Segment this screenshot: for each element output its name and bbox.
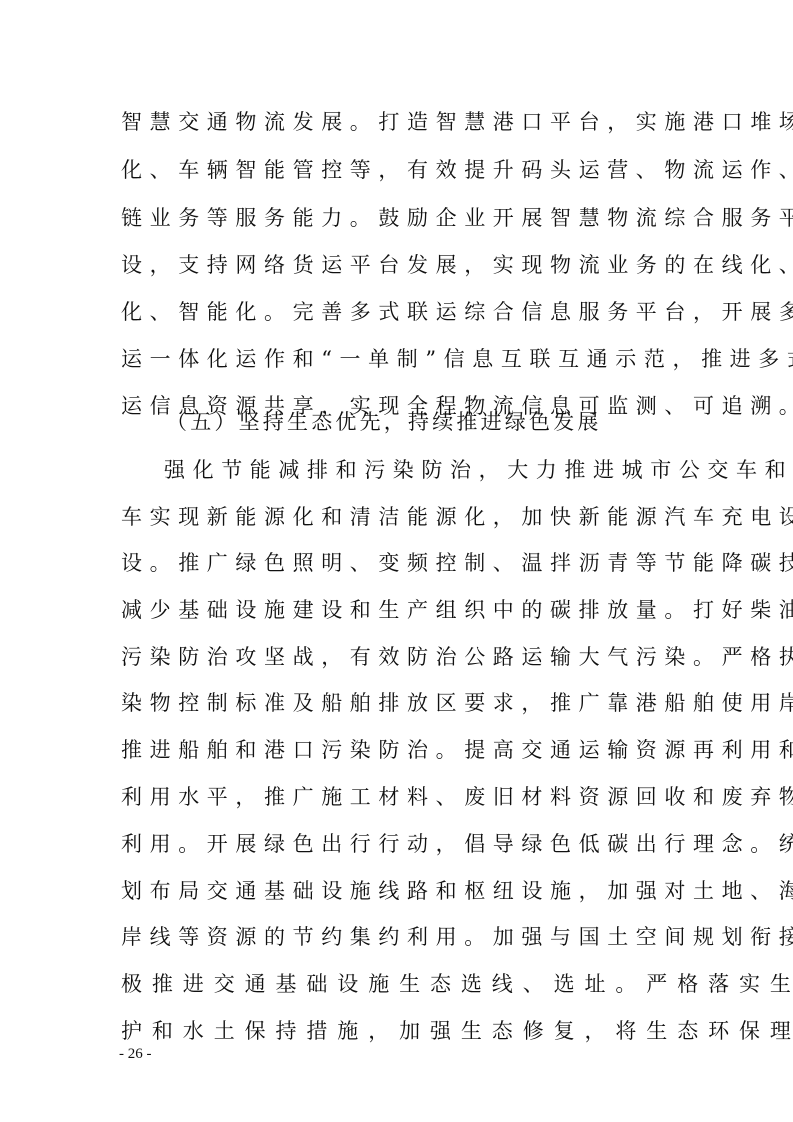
section-heading: （五）坚持生态优先，持续推进绿色发展 xyxy=(166,407,726,437)
paragraph-line: 护和水土保持措施，加强生态修复，将生态环保理念贯 xyxy=(121,1016,681,1046)
paragraph-line: 车实现新能源化和清洁能源化，加快新能源汽车充电设施建 xyxy=(121,502,681,532)
paragraph-line: 设。推广绿色照明、变频控制、温拌沥青等节能降碳技术， xyxy=(121,548,681,578)
paragraph-line: 利用。开展绿色出行行动，倡导绿色低碳出行理念。统筹规 xyxy=(121,829,681,859)
paragraph-line: 岸线等资源的节约集约利用。加强与国土空间规划衔接，积 xyxy=(121,922,681,952)
paragraph-line: 利用水平，推广施工材料、废旧材料资源回收和废弃物综合 xyxy=(121,782,681,812)
paragraph-line: 减少基础设施建设和生产组织中的碳排放量。打好柴油货车 xyxy=(121,595,681,625)
paragraph-line: 染物控制标准及船舶排放区要求，推广靠港船舶使用岸电， xyxy=(121,688,681,718)
paragraph-line: 强化节能减排和污染防治，大力推进城市公交车和出租 xyxy=(164,455,724,485)
paragraph-line: 极推进交通基础设施生态选线、选址。严格落实生态保 xyxy=(121,969,681,999)
paragraph-line: 智慧交通物流发展。打造智慧港口平台，实施港口堆场自动 xyxy=(121,107,681,137)
paragraph-line: 化、智能化。完善多式联运综合信息服务平台，开展多式联 xyxy=(121,297,681,327)
page-number: - 26 - xyxy=(119,1043,152,1065)
paragraph-line: 设，支持网络货运平台发展，实现物流业务的在线化、自动 xyxy=(121,250,681,280)
paragraph-line: 污染防治攻坚战，有效防治公路运输大气污染。严格执行污 xyxy=(121,642,681,672)
paragraph-line: 链业务等服务能力。鼓励企业开展智慧物流综合服务平台建 xyxy=(121,203,681,233)
paragraph-line: 划布局交通基础设施线路和枢纽设施，加强对土地、海域、 xyxy=(121,876,681,906)
document-page: 智慧交通物流发展。打造智慧港口平台，实施港口堆场自动 化、车辆智能管控等，有效提… xyxy=(0,0,793,1122)
paragraph-line: 化、车辆智能管控等，有效提升码头运营、物流运作、供应 xyxy=(121,155,681,185)
paragraph-line: 运一体化运作和“一单制”信息互联互通示范，推进多式联 xyxy=(121,344,681,374)
paragraph-line: 推进船舶和港口污染防治。提高交通运输资源再利用和循环 xyxy=(121,735,681,765)
